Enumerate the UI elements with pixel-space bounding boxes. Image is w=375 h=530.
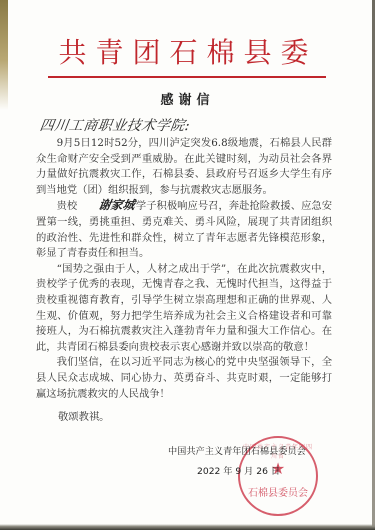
paragraph-2-prefix: 贵校 xyxy=(57,200,78,212)
letterhead-rule xyxy=(48,76,326,78)
letterhead-title: 共青团石棉县委 xyxy=(48,36,328,70)
document-title: 感谢信 xyxy=(0,89,375,108)
letter-body: 9月5日12时52分，四川泸定突发6.8级地震，石棉县人民群众生命财产安全受到严… xyxy=(36,136,332,402)
letter-page: 共青团石棉县委 感谢信 四川工商职业技术学院: 9月5日12时52分，四川泸定突… xyxy=(0,0,375,530)
closing-line: 敬颂教祺。 xyxy=(58,408,109,423)
paragraph-1: 9月5日12时52分，四川泸定突发6.8级地震，石棉县人民群众生命财产安全受到严… xyxy=(36,136,332,198)
signature-organization: 中国共产主义青年团石棉县委员会 xyxy=(168,443,306,457)
paper-edge-bottom xyxy=(0,524,375,530)
seal-bottom-text: 石棉县委员会 xyxy=(240,484,316,499)
salutation-handwritten: 四川工商职业技术学院: xyxy=(39,115,192,135)
paragraph-3: “国势之强由于人，人材之成出于学”，在此次抗震救灾中，贵校学子优秀的表现，无愧青… xyxy=(36,262,332,356)
paragraph-2: 贵校谢家城学子积极响应号召，奔赴抢险救援、应急安置第一线，勇挑重担、勇克难关、勇… xyxy=(36,198,332,261)
handwritten-student-name: 谢家城 xyxy=(77,198,136,214)
paragraph-4: 我们坚信，在以习近平同志为核心的党中央坚强领导下，全县人民众志成城、同心协力、英… xyxy=(36,355,332,402)
signature-date: 2022 年 9 月 26 日 xyxy=(197,463,280,477)
